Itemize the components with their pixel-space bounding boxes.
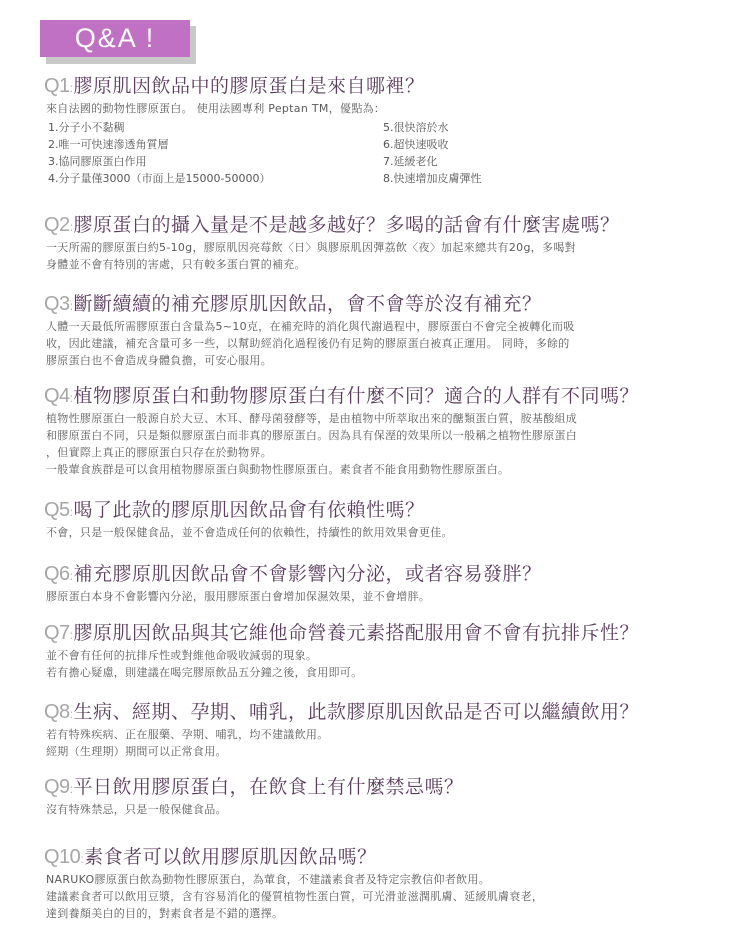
answer-line: 若有擔心疑慮，則建議在喝完膠原飲品五分鐘之後，食用即可。 — [46, 664, 704, 681]
question-number: Q2: — [44, 213, 73, 239]
question-text: 補充膠原肌因飲品會不會影響內分泌，或者容易發胖？ — [74, 562, 542, 586]
answer-line: 來自法國的動物性膠原蛋白。 使用法國專利 Peptan TM，優點為： — [46, 100, 704, 117]
qa-item-10: Q10: 素食者可以飲用膠原肌因飲品嗎？ NARUKO膠原蛋白飲為動物性膠原蛋白… — [44, 845, 704, 922]
benefit-item: 6.超快速吸收 — [383, 136, 683, 153]
benefits-list: 1.分子小不黏稠 5.很快溶於水 2.唯一可快速滲透角質層 6.超快速吸收 3.… — [48, 119, 704, 187]
question-number: Q9: — [44, 775, 73, 801]
answer-line: 並不會有任何的抗排斥性或對維他命吸收減弱的現象。 — [46, 647, 704, 664]
question-heading: Q1: 膠原肌因飲品中的膠原蛋白是來自哪裡？ — [44, 74, 704, 100]
answer-line: 植物性膠原蛋白一般源自於大豆、木耳、酵母菌發酵等，是由植物中所萃取出來的醣類蛋白… — [46, 410, 704, 427]
qa-item-2: Q2: 膠原蛋白的攝入量是不是越多越好？多喝的話會有什麼害處嗎？ 一天所需的膠原… — [44, 213, 704, 273]
benefit-item: 3.協同膠原蛋白作用 — [48, 153, 383, 170]
question-text: 植物膠原蛋白和動物膠原蛋白有什麼不同？適合的人群有不同嗎？ — [74, 384, 640, 408]
benefit-item: 5.很快溶於水 — [383, 119, 683, 136]
question-text: 平日飲用膠原蛋白，在飲食上有什麼禁忌嗎？ — [74, 775, 464, 799]
question-text: 膠原肌因飲品中的膠原蛋白是來自哪裡？ — [74, 74, 425, 98]
answer-line: 一天所需的膠原蛋白約5-10g，膠原肌因亮莓飲〈日〉與膠原肌因彈荔飲〈夜〉加起來… — [46, 239, 704, 256]
benefit-item: 2.唯一可快速滲透角質層 — [48, 136, 383, 153]
question-heading: Q8: 生病、經期、孕期、哺乳，此款膠原肌因飲品是否可以繼續飲用？ — [44, 700, 704, 726]
qa-item-1: Q1: 膠原肌因飲品中的膠原蛋白是來自哪裡？ 來自法國的動物性膠原蛋白。 使用法… — [44, 74, 704, 187]
answer: 沒有特殊禁忌，只是一般保健食品。 — [46, 801, 704, 818]
question-heading: Q7: 膠原肌因飲品與其它維他命營養元素搭配服用會不會有抗排斥性？ — [44, 621, 704, 647]
answer-line: 達到養顏美白的目的，對素食者是不錯的選擇。 — [46, 905, 704, 922]
answer-line: 沒有特殊禁忌，只是一般保健食品。 — [46, 801, 704, 818]
question-number: Q3: — [44, 292, 73, 318]
benefit-item: 1.分子小不黏稠 — [48, 119, 383, 136]
qa-item-8: Q8: 生病、經期、孕期、哺乳，此款膠原肌因飲品是否可以繼續飲用？ 若有特殊疾病… — [44, 700, 704, 760]
question-text: 生病、經期、孕期、哺乳，此款膠原肌因飲品是否可以繼續飲用？ — [74, 700, 640, 724]
answer: NARUKO膠原蛋白飲為動物性膠原蛋白，為葷食，不建議素食者及特定宗教信仰者飲用… — [46, 871, 704, 922]
qa-item-6: Q6: 補充膠原肌因飲品會不會影響內分泌，或者容易發胖？ 膠原蛋白本身不會影響內… — [44, 562, 704, 605]
qa-item-7: Q7: 膠原肌因飲品與其它維他命營養元素搭配服用會不會有抗排斥性？ 並不會有任何… — [44, 621, 704, 681]
answer-line: 建議素食者可以飲用豆漿，含有容易消化的優質植物性蛋白質，可光滑並滋潤肌膚、延緩肌… — [46, 888, 704, 905]
answer-line: 若有特殊疾病、正在服藥、孕期、哺乳，均不建議飲用。 — [46, 726, 704, 743]
answer-line: ，但實際上真正的膠原蛋白只存在於動物界。 — [46, 444, 704, 461]
answer: 並不會有任何的抗排斥性或對維他命吸收減弱的現象。 若有擔心疑慮，則建議在喝完膠原… — [46, 647, 704, 681]
qa-item-5: Q5: 喝了此款的膠原肌因飲品會有依賴性嗎？ 不會，只是一般保健食品，並不會造成… — [44, 498, 704, 541]
question-heading: Q4: 植物膠原蛋白和動物膠原蛋白有什麼不同？適合的人群有不同嗎？ — [44, 384, 704, 410]
benefit-item: 4.分子量僅3000（市面上是15000-50000） — [48, 170, 383, 187]
answer: 一天所需的膠原蛋白約5-10g，膠原肌因亮莓飲〈日〉與膠原肌因彈荔飲〈夜〉加起來… — [46, 239, 704, 273]
question-text: 膠原蛋白的攝入量是不是越多越好？多喝的話會有什麼害處嗎？ — [74, 213, 620, 237]
question-number: Q10: — [44, 845, 83, 871]
question-number: Q6: — [44, 562, 73, 588]
answer: 植物性膠原蛋白一般源自於大豆、木耳、酵母菌發酵等，是由植物中所萃取出來的醣類蛋白… — [46, 410, 704, 478]
benefit-item: 8.快速增加皮膚彈性 — [383, 170, 683, 187]
answer: 若有特殊疾病、正在服藥、孕期、哺乳，均不建議飲用。 經期（生理期）期間可以正常食… — [46, 726, 704, 760]
question-heading: Q6: 補充膠原肌因飲品會不會影響內分泌，或者容易發胖？ — [44, 562, 704, 588]
question-number: Q5: — [44, 498, 73, 524]
question-text: 喝了此款的膠原肌因飲品會有依賴性嗎？ — [74, 498, 425, 522]
answer: 膠原蛋白本身不會影響內分泌，服用膠原蛋白會增加保濕效果，並不會增胖。 — [46, 588, 704, 605]
question-heading: Q10: 素食者可以飲用膠原肌因飲品嗎？ — [44, 845, 704, 871]
answer: 不會，只是一般保健食品，並不會造成任何的依賴性，持續性的飲用效果會更佳。 — [46, 524, 704, 541]
banner-title: Q&A ! — [40, 20, 190, 57]
answer-line: 收，因此建議，補充含量可多一些，以幫助經消化過程後仍有足夠的膠原蛋白被真正運用。… — [46, 335, 704, 352]
answer-line: 膠原蛋白也不會造成身體負擔，可安心服用。 — [46, 352, 704, 369]
benefit-item: 7.延緩老化 — [383, 153, 683, 170]
question-text: 斷斷續續的補充膠原肌因飲品，會不會等於沒有補充？ — [74, 292, 542, 316]
answer-line: 不會，只是一般保健食品，並不會造成任何的依賴性，持續性的飲用效果會更佳。 — [46, 524, 704, 541]
answer-line: 膠原蛋白本身不會影響內分泌，服用膠原蛋白會增加保濕效果，並不會增胖。 — [46, 588, 704, 605]
answer-line: 身體並不會有特別的害處，只有較多蛋白質的補充。 — [46, 256, 704, 273]
qa-item-3: Q3: 斷斷續續的補充膠原肌因飲品，會不會等於沒有補充？ 人體一天最低所需膠原蛋… — [44, 292, 704, 369]
answer-line: NARUKO膠原蛋白飲為動物性膠原蛋白，為葷食，不建議素食者及特定宗教信仰者飲用… — [46, 871, 704, 888]
qa-item-4: Q4: 植物膠原蛋白和動物膠原蛋白有什麼不同？適合的人群有不同嗎？ 植物性膠原蛋… — [44, 384, 704, 478]
question-number: Q1: — [44, 74, 73, 100]
question-number: Q7: — [44, 621, 73, 647]
question-heading: Q3: 斷斷續續的補充膠原肌因飲品，會不會等於沒有補充？ — [44, 292, 704, 318]
question-heading: Q2: 膠原蛋白的攝入量是不是越多越好？多喝的話會有什麼害處嗎？ — [44, 213, 704, 239]
qa-item-9: Q9: 平日飲用膠原蛋白，在飲食上有什麼禁忌嗎？ 沒有特殊禁忌，只是一般保健食品… — [44, 775, 704, 818]
question-heading: Q5: 喝了此款的膠原肌因飲品會有依賴性嗎？ — [44, 498, 704, 524]
question-number: Q4: — [44, 384, 73, 410]
answer-line: 一般葷食族群是可以食用植物膠原蛋白與動物性膠原蛋白。素食者不能食用動物性膠原蛋白… — [46, 461, 704, 478]
question-text: 素食者可以飲用膠原肌因飲品嗎？ — [84, 845, 377, 869]
answer-line: 和膠原蛋白不同，只是類似膠原蛋白而非真的膠原蛋白。因為具有保溼的效果所以一般稱之… — [46, 427, 704, 444]
answer: 來自法國的動物性膠原蛋白。 使用法國專利 Peptan TM，優點為： — [46, 100, 704, 117]
answer-line: 人體一天最低所需膠原蛋白含量為5~10克，在補充時的消化與代謝過程中，膠原蛋白不… — [46, 318, 704, 335]
answer: 人體一天最低所需膠原蛋白含量為5~10克，在補充時的消化與代謝過程中，膠原蛋白不… — [46, 318, 704, 369]
qa-banner: Q&A ! — [40, 20, 192, 62]
question-number: Q8: — [44, 700, 73, 726]
answer-line: 經期（生理期）期間可以正常食用。 — [46, 743, 704, 760]
question-heading: Q9: 平日飲用膠原蛋白，在飲食上有什麼禁忌嗎？ — [44, 775, 704, 801]
question-text: 膠原肌因飲品與其它維他命營養元素搭配服用會不會有抗排斥性？ — [74, 621, 640, 645]
